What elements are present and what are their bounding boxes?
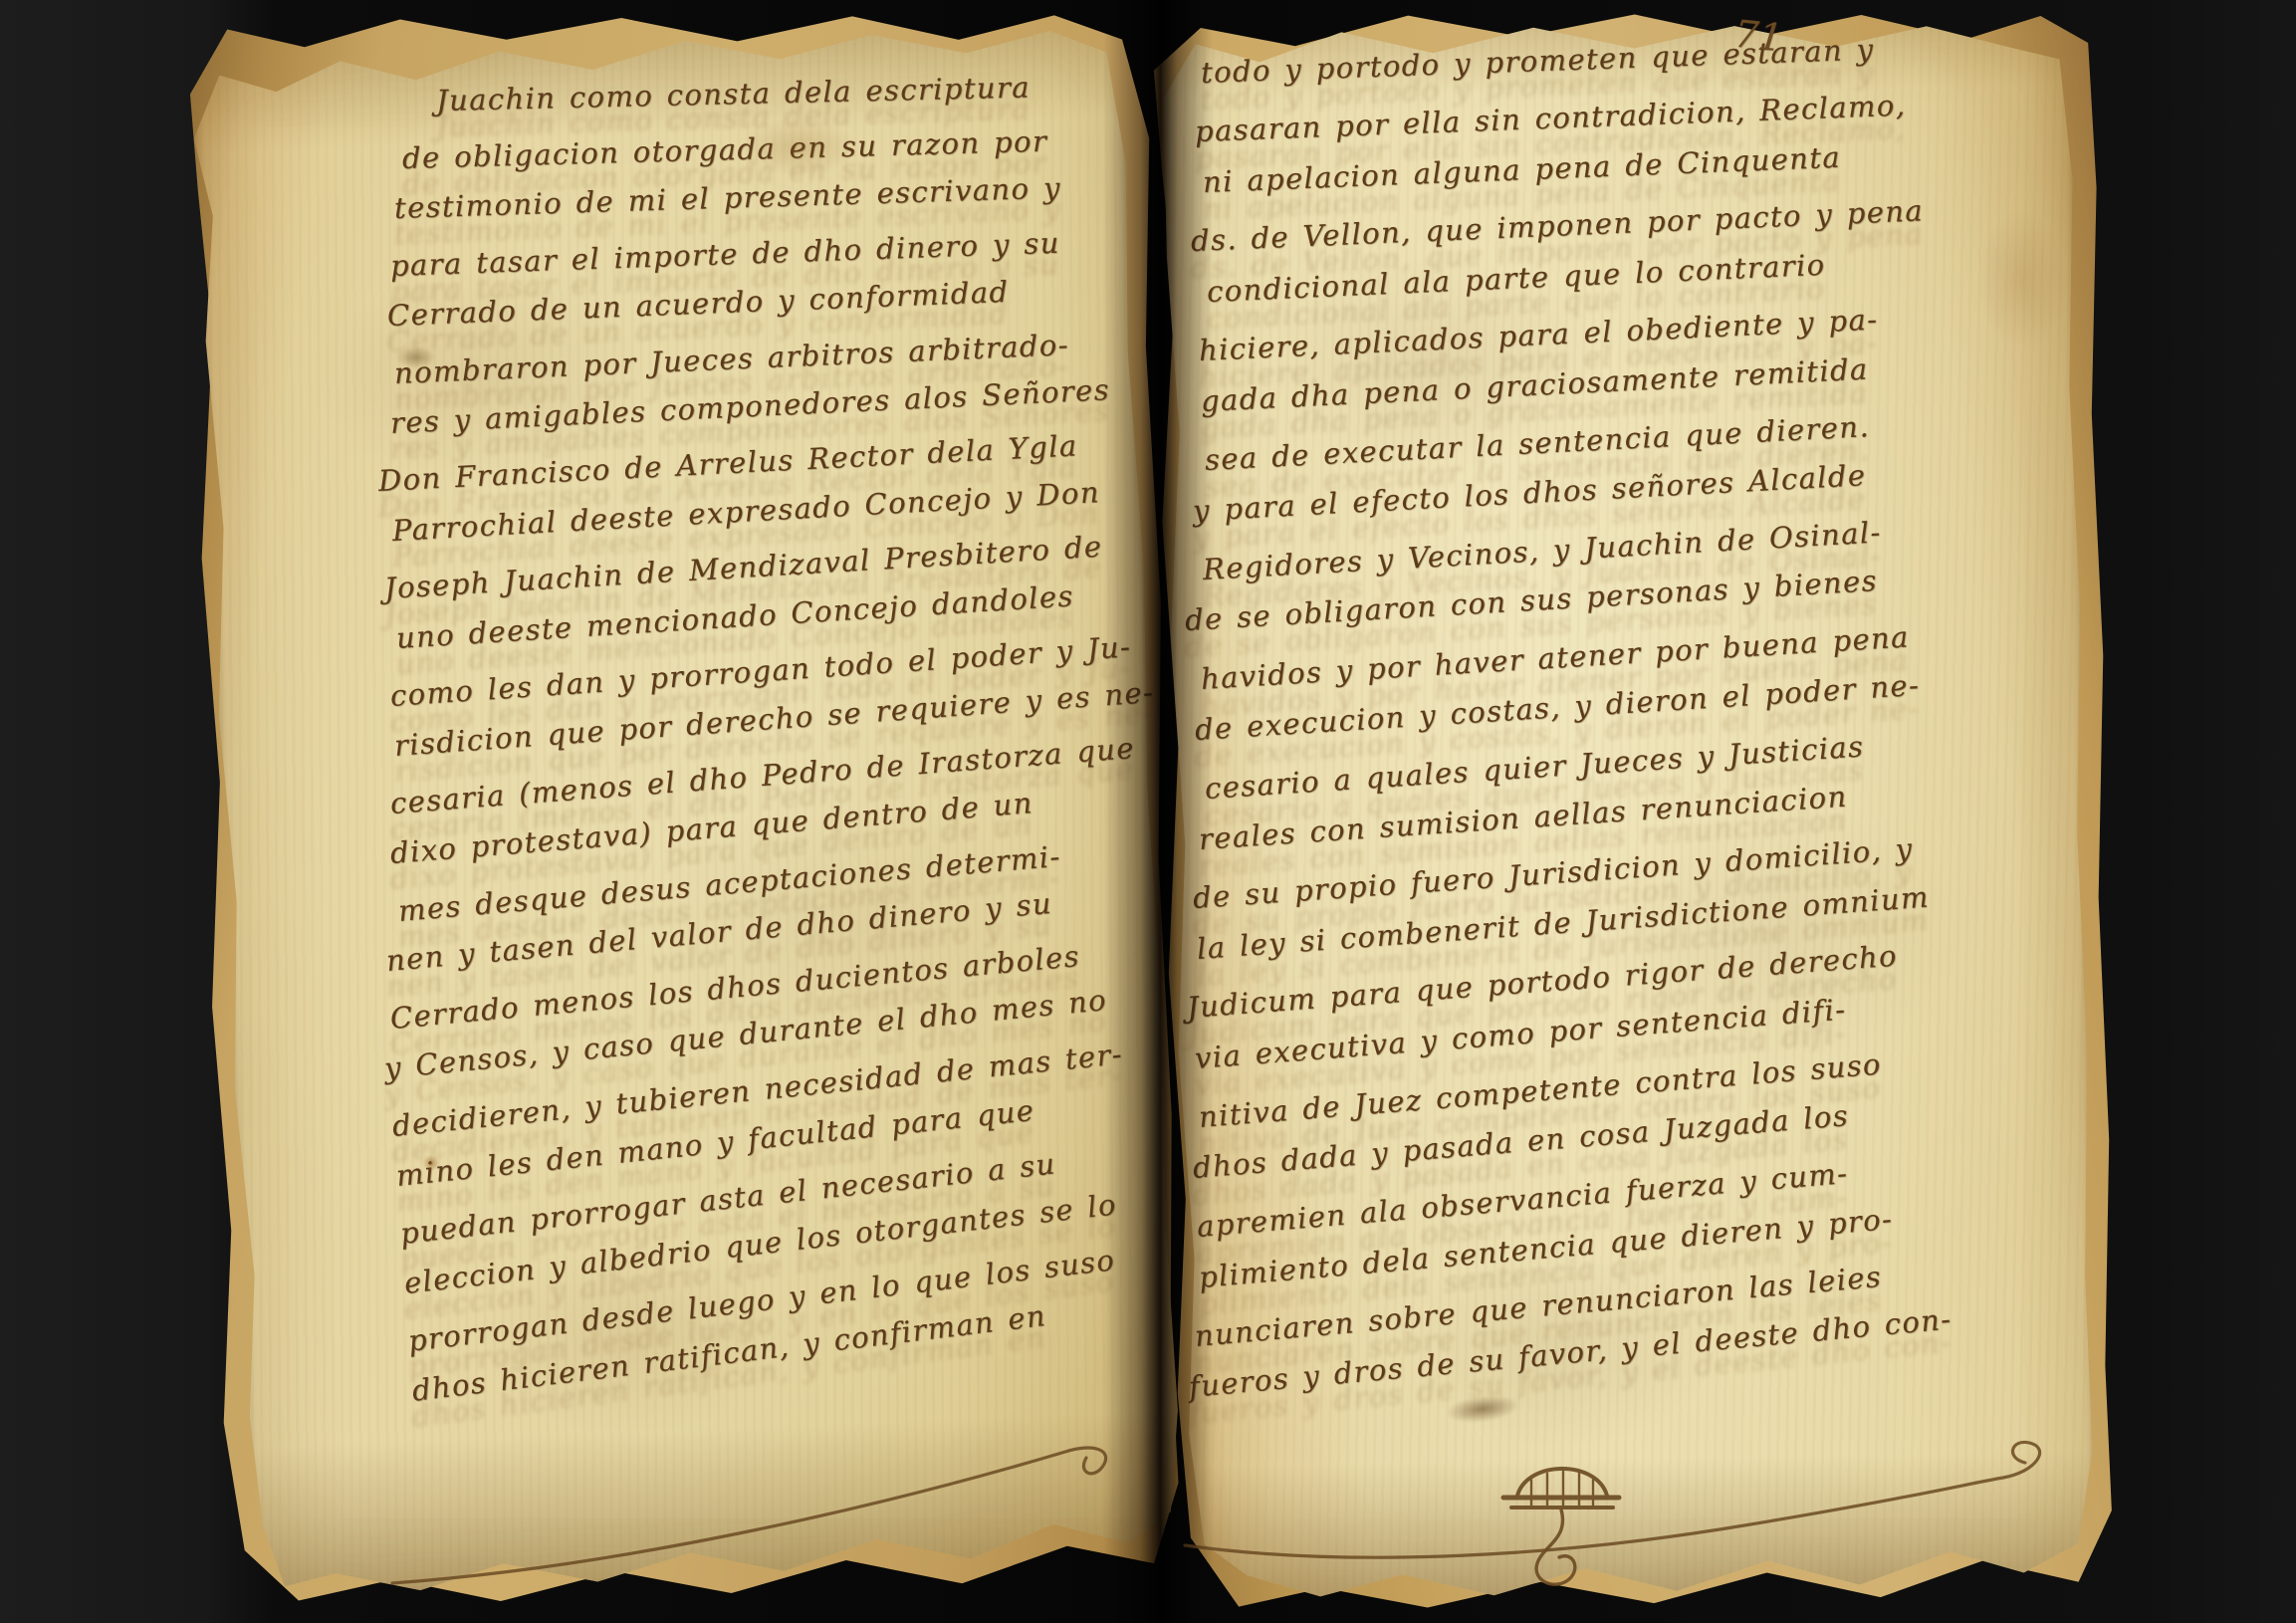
manuscript-line: condicional ala parte que lo contrario xyxy=(1206,248,1826,309)
manuscript-line: Juachin como consta dela escriptura xyxy=(436,70,1032,117)
folio-number: 71 xyxy=(1732,12,1785,61)
manuscript-line: pasaran por ella sin contradicion, Recla… xyxy=(1194,88,1907,148)
manuscript-line: ni apelacion alguna pena de Cinquenta xyxy=(1202,140,1841,199)
manuscript-line: de obligacion otorgada en su razon por xyxy=(402,124,1048,175)
manuscript-photo: Juachin como consta dela escripturade ob… xyxy=(0,0,2296,1623)
handwritten-text: Juachin como consta dela escripturade ob… xyxy=(0,0,2296,1623)
manuscript-line: Cerrado de un acuerdo y conformidad xyxy=(386,275,1010,333)
manuscript-line: testimonio de mi el presente escrivano y xyxy=(393,170,1061,225)
manuscript-line: para tasar el importe de dho dinero y su xyxy=(389,226,1060,283)
